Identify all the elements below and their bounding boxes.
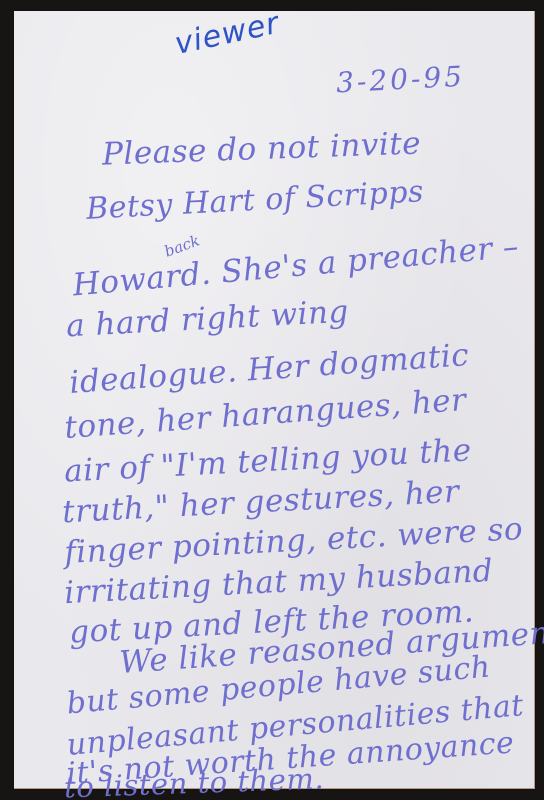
scan-frame: viewer 3-20-95 Please do not invite Bets… [0, 0, 544, 800]
letter-line-4: a hard right wing [65, 294, 349, 345]
letter-line-1: Please do not invite [101, 125, 421, 172]
letter-line-2: Betsy Hart of Scripps [85, 174, 424, 227]
letter-page: viewer 3-20-95 Please do not invite Bets… [14, 11, 535, 789]
annotation-viewer: viewer [172, 6, 283, 62]
letter-line-3: Howard. She's a preacher – [71, 229, 520, 304]
letter-date: 3-20-95 [335, 60, 466, 100]
